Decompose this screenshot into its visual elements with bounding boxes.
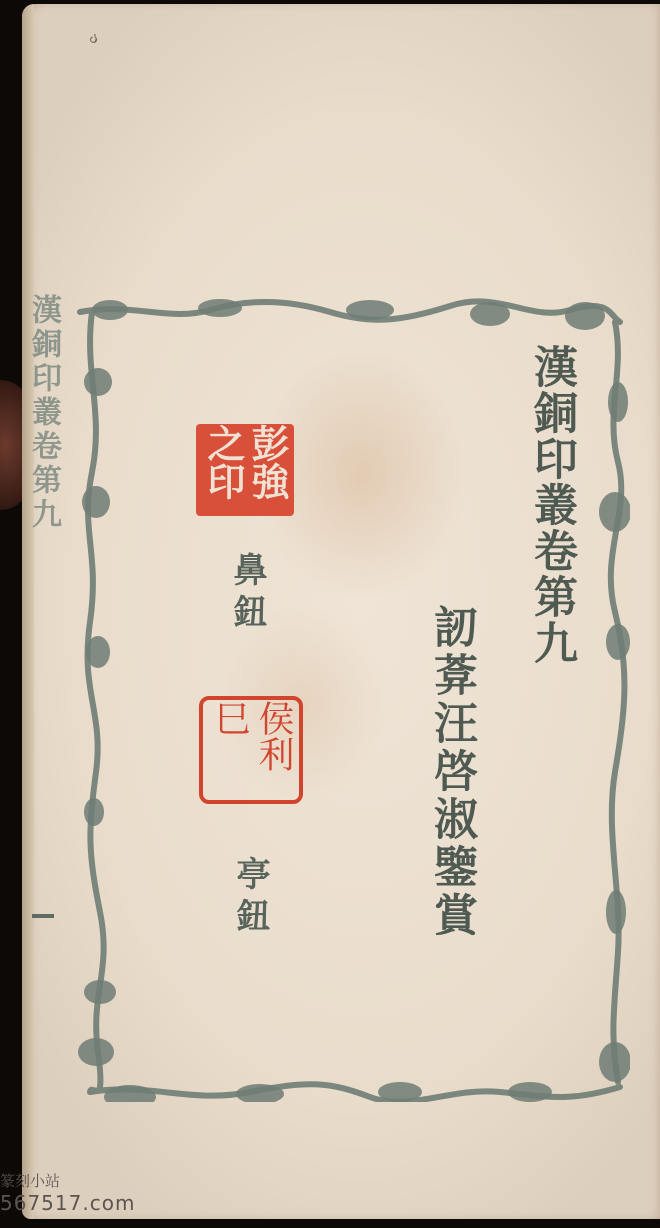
seal-impression-1: 彭強之印 [196,424,294,516]
collector-line: 訒葊汪啓淑鑒賞 [427,604,475,940]
book-page: ა 漢銅印叢卷第九 [22,4,660,1219]
spine-title: 漢銅印叢卷第九 [28,294,58,532]
seal-knob-label-1: 鼻鈕 [227,552,267,636]
watermark-url: 567517.com [0,1192,135,1214]
watermark-site-name: 篆刻小站 [0,1170,135,1192]
paper-mark: ა [87,27,102,48]
site-watermark: 篆刻小站 567517.com [0,1170,135,1214]
volume-title: 漢銅印叢卷第九 [527,344,575,666]
seal-knob-label-2: 亭鈕 [230,856,270,940]
seal-impression-2: 侯利巳 [199,696,303,804]
folio-mark [32,914,54,918]
page-edge [22,4,34,1219]
